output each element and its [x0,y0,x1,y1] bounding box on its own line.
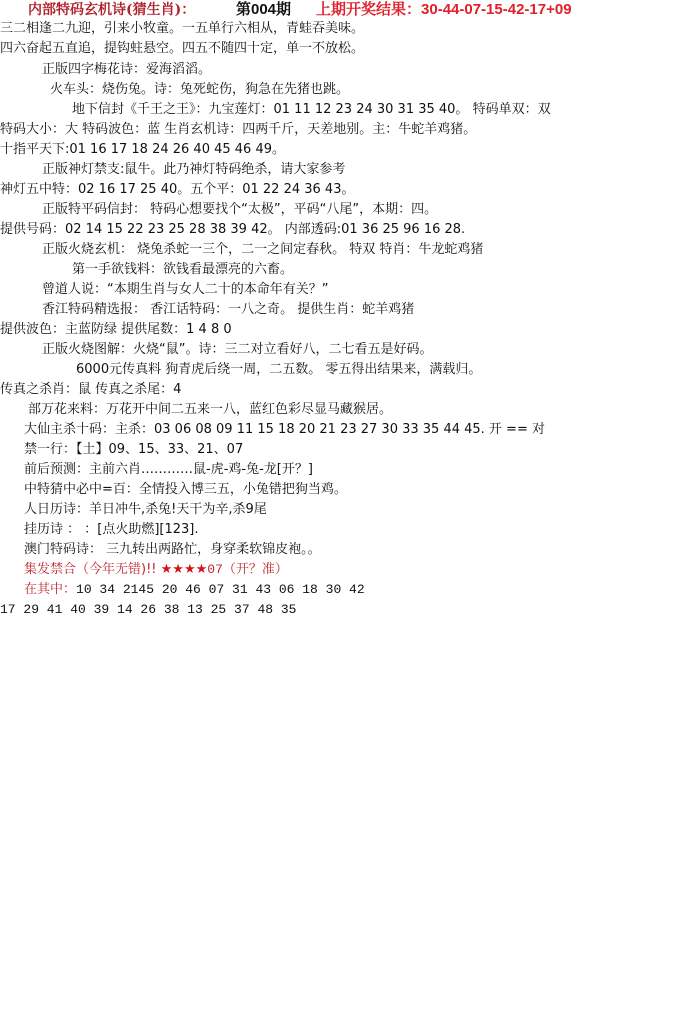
fortune-label: 集发禁合（今年无错)!! [24,562,157,577]
text-line: 正版火烧玄机： 烧兔杀蛇一三个，二一之间定春秋。 特双 特肖：牛龙蛇鸡猪 [42,241,483,259]
text-line: 传真之杀肖：鼠 传真之杀尾：4 [0,381,181,399]
star-icons: ★★★★ [161,562,208,577]
text-line: 提供号码：02 14 15 22 23 25 28 38 39 42。 内部透码… [0,221,465,239]
text-line: 火车头：烧伤兔。诗：兔死蛇伤，狗急在先猪也跳。 [50,81,349,99]
text-line: 澳门特码诗： 三九转出两路忙，身穿柔软锦皮袍。。 [24,541,321,559]
in-it-line: 在其中：10 34 2145 20 46 07 31 43 06 18 30 4… [24,581,365,599]
last-result: 上期开奖结果：30-44-07-15-42-17+09 [316,0,572,20]
text-line: 提供波色：主蓝防绿 提供尾数：1 4 8 0 [0,321,232,339]
fortune-suffix: （开？准） [223,562,288,577]
text-line: 正版特平码信封： 特码心想要找个“太极”，平码“八尾”，本期：四。 [42,201,437,219]
text-line: 人日历诗：羊日冲牛,杀兔!天干为辛,杀9尾 [24,501,267,519]
text-line: 四六奋起五直追，提钩蛀悬空。四五不随四十定，单一不放松。 [0,40,364,58]
text-line: 特码大小：大 特码波色：蓝 生肖玄机诗：四两千斤，天差地别。主：牛蛇羊鸡猪。 [0,121,476,139]
text-line: 神灯五中特：02 16 17 25 40。五个平：01 22 24 36 43。 [0,181,354,199]
text-line: 曾道人说：“本期生肖与女人二十的本命年有关？” [42,281,328,299]
text-line: 地下信封《千王之王》：九宝莲灯：01 11 12 23 24 30 31 35 … [72,101,551,119]
text-line: 正版火烧图解：火烧“鼠”。诗：三二对立看好八，二七看五是好码。 [42,341,432,359]
text-line: 三二相逢二九迎，引来小牧童。一五单行六相从，青蛙吞美味。 [0,20,364,38]
issue-number: 第004期 [236,0,291,20]
header-bar: 内部特码玄机诗(猜生肖)： 第004期 上期开奖结果：30-44-07-15-4… [0,0,690,20]
last-result-label: 上期开奖结果： [316,1,421,18]
fortune-number: 07 [207,562,223,577]
text-line: 大仙主杀十码：主杀：03 06 08 09 11 15 18 20 21 23 … [24,421,545,439]
text-line: 禁一行：【土】09、15、33、21、07 [24,441,243,459]
text-line: 前后预测：主前六肖…………鼠-虎-鸡-兔-龙[开？] [24,461,313,479]
fortune-line: 集发禁合（今年无错)!! ★★★★07（开？准） [24,561,288,579]
text-line: 第一手欲钱料：欲钱看最漂亮的六畜。 [72,261,293,279]
text-line: 十指平天下:01 16 17 18 24 26 40 45 46 49。 [0,141,285,159]
text-line: 挂历诗 ： ：[点火助燃][123]. [24,521,199,539]
text-line: 部万花来料：万花开中间二五来一八，蓝红色彩尽显马藏猴居。 [28,401,392,419]
trailing-numbers: 17 29 41 40 39 14 26 38 13 25 37 48 35 [0,601,296,619]
in-it-label: 在其中： [24,582,76,597]
header-title: 内部特码玄机诗(猜生肖)： [28,0,195,20]
text-line: 中特猜中必中=百：全情投入博三五，小兔错把狗当鸡。 [24,481,347,499]
text-line: 6000元传真料 狗青虎后绕一周，二五数。 零五得出结果来，满载归。 [76,361,481,379]
in-it-numbers: 10 34 2145 20 46 07 31 43 06 18 30 42 [76,582,365,597]
text-line: 香江特码精选报： 香江话特码：一八之奇。 提供生肖：蛇羊鸡猪 [42,301,414,319]
text-line: 正版神灯禁支:鼠牛。此乃神灯特码绝杀，请大家参考 [42,161,345,179]
last-result-value: 30-44-07-15-42-17+09 [421,1,572,18]
text-line: 正版四字梅花诗：爱海滔滔。 [42,61,211,79]
